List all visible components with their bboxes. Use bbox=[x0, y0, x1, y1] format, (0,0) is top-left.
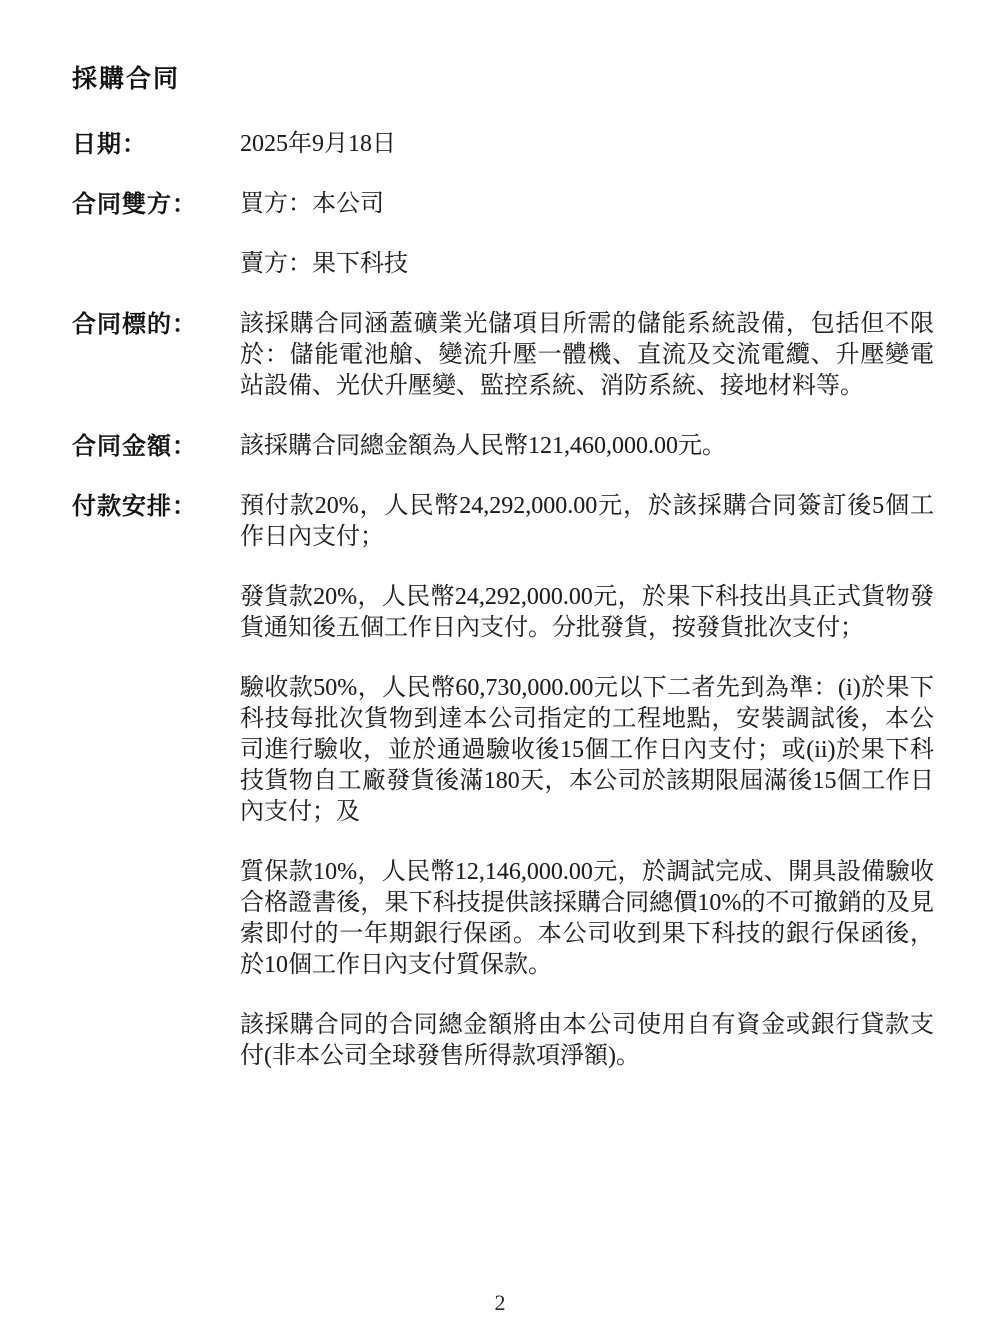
paragraph-subject: 該採購合同涵蓋礦業光儲項目所需的儲能系統設備，包括但不限於：儲能電池艙、變流升壓… bbox=[240, 309, 934, 402]
section-label-parties: 合同雙方： bbox=[72, 189, 240, 220]
section-content-date: 2025年9月18日 bbox=[240, 129, 934, 189]
section-subject: 合同標的： 該採購合同涵蓋礦業光儲項目所需的儲能系統設備，包括但不限於：儲能電池… bbox=[72, 309, 934, 431]
section-payment: 付款安排： 預付款20%，人民幣24,292,000.00元，於該採購合同簽訂後… bbox=[72, 491, 934, 1101]
section-date: 日期： 2025年9月18日 bbox=[72, 129, 934, 189]
paragraph-payment-warranty: 質保款10%，人民幣12,146,000.00元，於調試完成、開具設備驗收合格證… bbox=[240, 857, 934, 981]
section-label-payment: 付款安排： bbox=[72, 491, 240, 522]
section-label-subject: 合同標的： bbox=[72, 309, 240, 340]
paragraph-seller: 賣方：果下科技 bbox=[240, 249, 934, 280]
section-content-payment: 預付款20%，人民幣24,292,000.00元，於該採購合同簽訂後5個工作日內… bbox=[240, 491, 934, 1101]
section-content-subject: 該採購合同涵蓋礦業光儲項目所需的儲能系統設備，包括但不限於：儲能電池艙、變流升壓… bbox=[240, 309, 934, 431]
page-title: 採購合同 bbox=[72, 64, 934, 95]
contract-document-page: 採購合同 日期： 2025年9月18日 合同雙方： 買方：本公司 賣方：果下科技… bbox=[0, 0, 1000, 1333]
paragraph-payment-funding: 該採購合同的合同總金額將由本公司使用自有資金或銀行貸款支付(非本公司全球發售所得… bbox=[240, 1010, 934, 1072]
paragraph-buyer: 買方：本公司 bbox=[240, 189, 934, 220]
section-content-parties: 買方：本公司 賣方：果下科技 bbox=[240, 189, 934, 309]
section-content-amount: 該採購合同總金額為人民幣121,460,000.00元。 bbox=[240, 431, 934, 491]
paragraph-payment-advance: 預付款20%，人民幣24,292,000.00元，於該採購合同簽訂後5個工作日內… bbox=[240, 491, 934, 553]
document-body: 採購合同 日期： 2025年9月18日 合同雙方： 買方：本公司 賣方：果下科技… bbox=[72, 64, 934, 1101]
section-label-date: 日期： bbox=[72, 129, 240, 160]
paragraph-payment-delivery: 發貨款20%，人民幣24,292,000.00元，於果下科技出具正式貨物發貨通知… bbox=[240, 582, 934, 644]
paragraph-payment-acceptance: 驗收款50%，人民幣60,730,000.00元以下二者先到為準：(i)於果下科… bbox=[240, 673, 934, 828]
section-amount: 合同金額： 該採購合同總金額為人民幣121,460,000.00元。 bbox=[72, 431, 934, 491]
section-parties: 合同雙方： 買方：本公司 賣方：果下科技 bbox=[72, 189, 934, 309]
section-label-amount: 合同金額： bbox=[72, 431, 240, 462]
page-number: 2 bbox=[0, 1290, 1000, 1316]
paragraph-amount: 該採購合同總金額為人民幣121,460,000.00元。 bbox=[240, 431, 934, 462]
paragraph-date-value: 2025年9月18日 bbox=[240, 129, 934, 160]
